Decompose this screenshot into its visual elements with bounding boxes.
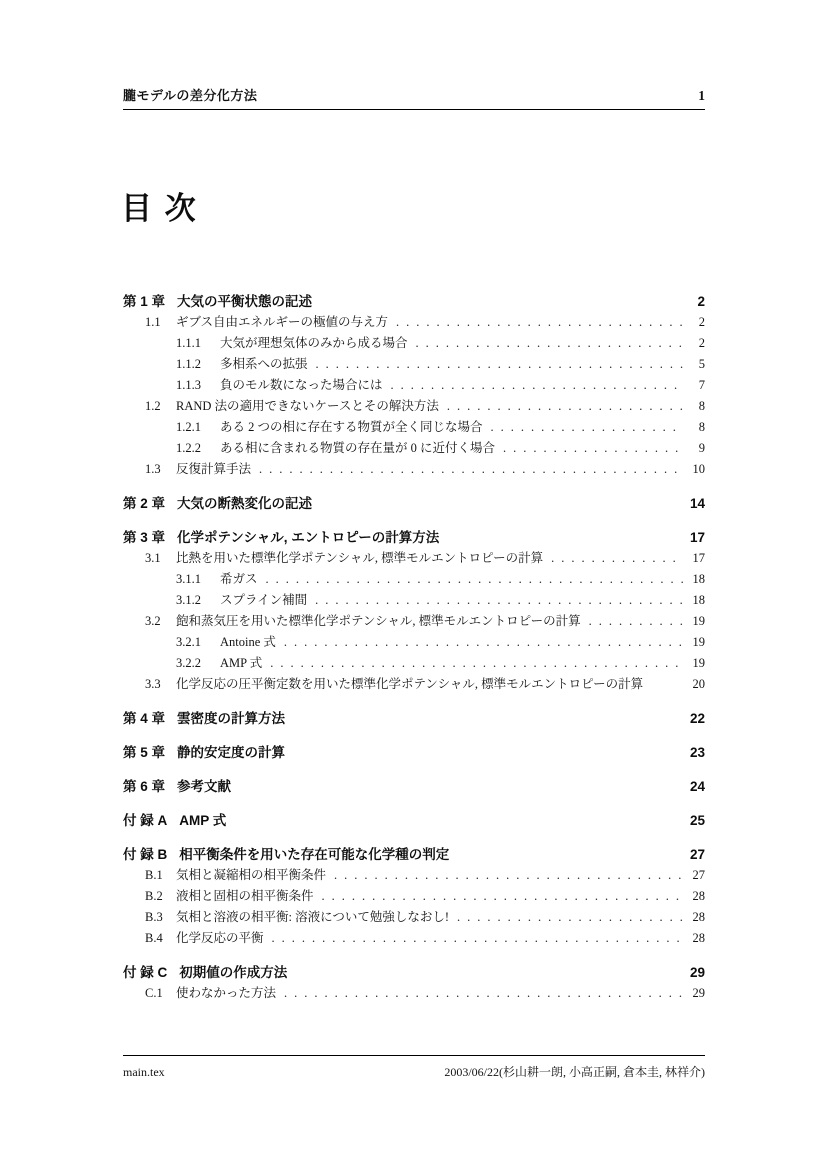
toc-entry-leader: ........................................… — [272, 928, 683, 949]
running-head-title: 朧モデルの差分化方法 — [123, 85, 257, 104]
toc-entry-number: 3.2.2 — [176, 653, 220, 674]
toc-entry-page: 23 — [689, 742, 705, 763]
toc-entry-number: 3.1.2 — [176, 590, 220, 611]
toc-entry-leader: ........................................… — [447, 396, 683, 417]
toc-entry-page: 19 — [689, 611, 705, 632]
toc-entry: 付 録 A AMP 式 ............................… — [123, 810, 705, 831]
toc-entry-page: 2 — [689, 333, 705, 354]
toc-entry-title: 使わなかった方法 — [176, 983, 276, 1004]
toc-entry: 1.3 反復計算手法 .............................… — [123, 459, 705, 480]
toc-entry-title: 化学反応の平衡 — [176, 928, 264, 949]
toc-entry: 3.1 比熱を用いた標準化学ポテンシャル, 標準モルエントロピーの計算 ....… — [123, 548, 705, 569]
toc-entry-number: 1.1.2 — [176, 354, 220, 375]
toc-entry-title: 化学反応の圧平衡定数を用いた標準化学ポテンシャル, 標準モルエントロピーの計算 — [176, 674, 643, 695]
toc-entry-number: 第 6 章 — [123, 776, 165, 797]
toc-entry-leader: ........................................… — [284, 632, 683, 653]
toc-entry-leader: ........................................… — [416, 333, 683, 354]
toc-entry: C.1 使わなかった方法 ...........................… — [123, 983, 705, 1004]
toc-entry-title: ある相に含まれる物質の存在量が 0 に近付く場合 — [220, 438, 495, 459]
toc-entry-title: RAND 法の適用できないケースとその解決方法 — [176, 396, 439, 417]
toc-entry-leader: ........................................… — [334, 865, 683, 886]
toc-entry-number: 第 5 章 — [123, 742, 165, 763]
toc-entry-leader: ........................................… — [589, 611, 683, 632]
toc-entry-page: 29 — [689, 962, 705, 983]
toc-entry-page: 2 — [689, 312, 705, 333]
toc-entry: B.1 気相と凝縮相の相平衡条件 .......................… — [123, 865, 705, 886]
toc-entry: 3.2.2 AMP 式 ............................… — [123, 653, 705, 674]
toc-entry-number: 3.3 — [145, 674, 176, 695]
toc-entry: 3.2 飽和蒸気圧を用いた標準化学ポテンシャル, 標準モルエントロピーの計算 .… — [123, 611, 705, 632]
toc-entry: 第 4 章 雲密度の計算方法 .........................… — [123, 708, 705, 729]
toc-entry-leader: ........................................… — [322, 886, 683, 907]
toc-entry-leader: ........................................… — [266, 569, 683, 590]
toc-entry-page: 29 — [689, 983, 705, 1004]
toc-entry-leader: ........................................… — [457, 907, 683, 928]
toc-entry-title: 気相と溶液の相平衡: 溶液について勉強しなおし! — [176, 907, 449, 928]
footer-date-authors: 2003/06/22(杉山耕一朗, 小高正嗣, 倉本圭, 林祥介) — [444, 1063, 705, 1080]
toc-entry-leader: ........................................… — [315, 590, 683, 611]
toc-entry-leader: ........................................… — [259, 459, 683, 480]
toc-entry-page: 28 — [689, 928, 705, 949]
toc-entry-page: 5 — [689, 354, 705, 375]
toc-entry-page: 22 — [689, 708, 705, 729]
toc-entry-leader: ........................................… — [316, 354, 683, 375]
toc-entry-page: 24 — [689, 776, 705, 797]
toc-entry-number: 3.2.1 — [176, 632, 220, 653]
toc-entry-title: ギブス自由エネルギーの極値の与え方 — [176, 312, 388, 333]
toc-entry-page: 27 — [689, 844, 705, 865]
toc-entry-number: C.1 — [145, 983, 176, 1004]
toc-entry-title: 飽和蒸気圧を用いた標準化学ポテンシャル, 標準モルエントロピーの計算 — [176, 611, 581, 632]
toc-entry-number: 3.1.1 — [176, 569, 220, 590]
toc-entry-page: 7 — [689, 375, 705, 396]
toc-entry-leader: ........................................… — [551, 548, 683, 569]
toc-entry-page: 19 — [689, 632, 705, 653]
toc-entry-number: 3.1 — [145, 548, 176, 569]
toc-entry-page: 28 — [689, 907, 705, 928]
toc-entry-title: スプライン補間 — [220, 590, 307, 611]
toc-entry: 第 2 章 大気の断熱変化の記述 .......................… — [123, 493, 705, 514]
toc-entry-leader: ........................................… — [284, 983, 683, 1004]
toc-entry-number: 第 3 章 — [123, 527, 165, 548]
toc-entry-number: B.3 — [145, 907, 176, 928]
toc-entry-number: 1.2 — [145, 396, 176, 417]
toc-entry-number: 1.2.1 — [176, 417, 220, 438]
toc-entry: 付 録 C 初期値の作成方法 .........................… — [123, 962, 705, 983]
toc-entry-number: B.2 — [145, 886, 176, 907]
toc-entry-leader: ........................................… — [396, 312, 683, 333]
toc-entry-page: 17 — [689, 548, 705, 569]
toc-entry-page: 18 — [689, 590, 705, 611]
toc-entry-page: 27 — [689, 865, 705, 886]
toc-entry: 3.1.2 スプライン補間 ..........................… — [123, 590, 705, 611]
toc-title: 目 次 — [121, 183, 198, 228]
toc-entry-page: 9 — [689, 438, 705, 459]
toc-entry-page: 8 — [689, 417, 705, 438]
toc-entry: 1.1 ギブス自由エネルギーの極値の与え方 ..................… — [123, 312, 705, 333]
toc-entry: B.4 化学反応の平衡 ............................… — [123, 928, 705, 949]
toc-entry-title: 反復計算手法 — [176, 459, 251, 480]
toc-entry-title: 初期値の作成方法 — [179, 962, 287, 983]
toc-entry-title: AMP 式 — [179, 810, 226, 831]
toc-entry-number: 1.1.1 — [176, 333, 220, 354]
toc-entry: 3.3 化学反応の圧平衡定数を用いた標準化学ポテンシャル, 標準モルエントロピー… — [123, 674, 705, 695]
toc-entry: 1.2.1 ある 2 つの相に存在する物質が全く同じな場合 ..........… — [123, 417, 705, 438]
toc-entry: 第 3 章 化学ポテンシャル, エントロピーの計算方法 ............… — [123, 527, 705, 548]
running-head: 朧モデルの差分化方法 1 — [123, 85, 705, 110]
toc-entry-number: 第 2 章 — [123, 493, 165, 514]
toc-entry-title: 比熱を用いた標準化学ポテンシャル, 標準モルエントロピーの計算 — [176, 548, 543, 569]
toc-entry-title: 希ガス — [220, 569, 258, 590]
toc-entry-title: Antoine 式 — [220, 632, 276, 653]
toc-entry-page: 20 — [689, 674, 705, 695]
toc-entry-number: 付 録 C — [123, 962, 167, 983]
toc-entry-number: 1.1 — [145, 312, 176, 333]
toc-entry-title: 多相系への拡張 — [220, 354, 308, 375]
toc-entry-number: 第 1 章 — [123, 291, 165, 312]
toc-entry-number: 1.1.3 — [176, 375, 220, 396]
toc-entry-number: B.1 — [145, 865, 176, 886]
running-head-page-number: 1 — [698, 88, 705, 104]
toc-entry-title: 大気の平衡状態の記述 — [177, 291, 312, 312]
toc-entry-title: 大気が理想気体のみから成る場合 — [220, 333, 408, 354]
toc-entry-title: ある 2 つの相に存在する物質が全く同じな場合 — [220, 417, 483, 438]
toc-entry-title: 相平衡条件を用いた存在可能な化学種の判定 — [179, 844, 449, 865]
page-footer: main.tex 2003/06/22(杉山耕一朗, 小高正嗣, 倉本圭, 林祥… — [123, 1055, 705, 1080]
toc-entry: 第 5 章 静的安定度の計算 .........................… — [123, 742, 705, 763]
toc-entry-title: AMP 式 — [220, 653, 262, 674]
toc-entry-number: 1.2.2 — [176, 438, 220, 459]
toc-entry-number: B.4 — [145, 928, 176, 949]
toc-entry: 1.1.2 多相系への拡張 ..........................… — [123, 354, 705, 375]
toc-entry-title: 参考文献 — [177, 776, 231, 797]
toc-entry-page: 2 — [689, 291, 705, 312]
toc-entry-page: 14 — [689, 493, 705, 514]
toc-entry-title: 静的安定度の計算 — [177, 742, 285, 763]
toc-entry-page: 8 — [689, 396, 705, 417]
toc-entry-leader: ........................................… — [491, 417, 683, 438]
toc-entry-page: 28 — [689, 886, 705, 907]
toc-entry: B.2 液相と固相の相平衡条件 ........................… — [123, 886, 705, 907]
toc-entry: 1.1.3 負のモル数になった場合には ....................… — [123, 375, 705, 396]
toc-entry: B.3 気相と溶液の相平衡: 溶液について勉強しなおし! ...........… — [123, 907, 705, 928]
toc-entry: 付 録 B 相平衡条件を用いた存在可能な化学種の判定 .............… — [123, 844, 705, 865]
toc-entry-page: 18 — [689, 569, 705, 590]
toc-entry-number: 付 録 B — [123, 844, 167, 865]
toc-entry-title: 気相と凝縮相の相平衡条件 — [176, 865, 326, 886]
toc-entry-page: 19 — [689, 653, 705, 674]
toc-entry-title: 化学ポテンシャル, エントロピーの計算方法 — [177, 527, 439, 548]
toc-entry-title: 液相と固相の相平衡条件 — [176, 886, 314, 907]
toc-list: 第 1 章 大気の平衡状態の記述 .......................… — [123, 291, 705, 1004]
toc-entry-number: 付 録 A — [123, 810, 167, 831]
toc-entry-title: 雲密度の計算方法 — [177, 708, 285, 729]
toc-entry: 1.2.2 ある相に含まれる物質の存在量が 0 に近付く場合 .........… — [123, 438, 705, 459]
toc-entry-page: 10 — [689, 459, 705, 480]
toc-entry: 3.1.1 希ガス ..............................… — [123, 569, 705, 590]
toc-entry-leader: ........................................… — [391, 375, 683, 396]
toc-entry: 3.2.1 Antoine 式 ........................… — [123, 632, 705, 653]
toc-entry-number: 1.3 — [145, 459, 176, 480]
toc-entry-leader: ........................................… — [270, 653, 683, 674]
toc-entry-number: 第 4 章 — [123, 708, 165, 729]
document-page: 朧モデルの差分化方法 1 目 次 第 1 章 大気の平衡状態の記述 ......… — [0, 0, 826, 1169]
toc-entry: 1.1.1 大気が理想気体のみから成る場合 ..................… — [123, 333, 705, 354]
toc-entry-title: 大気の断熱変化の記述 — [177, 493, 312, 514]
footer-filename: main.tex — [123, 1065, 165, 1080]
toc-entry-title: 負のモル数になった場合には — [220, 375, 383, 396]
toc-entry: 第 6 章 参考文献 .............................… — [123, 776, 705, 797]
toc-entry: 第 1 章 大気の平衡状態の記述 .......................… — [123, 291, 705, 312]
toc-entry: 1.2 RAND 法の適用できないケースとその解決方法 ............… — [123, 396, 705, 417]
toc-entry-leader: ........................................… — [503, 438, 683, 459]
toc-entry-number: 3.2 — [145, 611, 176, 632]
toc-entry-page: 17 — [689, 527, 705, 548]
toc-entry-page: 25 — [689, 810, 705, 831]
